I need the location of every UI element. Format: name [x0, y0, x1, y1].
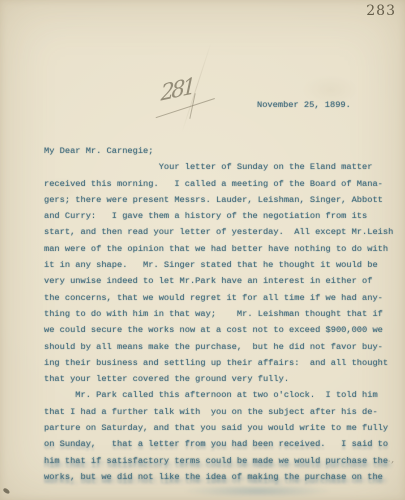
letter-line: should by all means make the purchase, b… [44, 339, 404, 355]
letter-line: works, but we did not like the idea of m… [44, 469, 404, 485]
letter-line: that your letter covered the ground very… [44, 371, 404, 387]
letter-line: we could secure the works now at a cost … [44, 322, 404, 338]
letter-date: November 25, 1899. [257, 100, 351, 110]
letter-line: that I had a further talk with you on th… [44, 404, 404, 420]
letter-line: Your letter of Sunday on the Eland matte… [44, 159, 404, 175]
letter-line: very unwise indeed to let Mr.Park have a… [44, 273, 404, 289]
letter-line: ing their business and settling up their… [44, 355, 404, 371]
handwritten-number: 281 [160, 74, 193, 107]
letter-body-lines: Your letter of Sunday on the Eland matte… [44, 159, 404, 485]
letter-line: the concerns, that we would regret it fo… [44, 290, 404, 306]
paper-speck [2, 487, 10, 494]
letter-line: man were of the opinion that we had bett… [44, 241, 404, 257]
letter-line: him that if satisfactory terms could be … [44, 453, 404, 469]
letter-line: and Curry: I gave them a history of the … [44, 208, 404, 224]
letter-body: My Dear Mr. Carnegie; Your letter of Sun… [44, 143, 404, 485]
letter-line: received this morning. I called a meetin… [44, 176, 404, 192]
letter-line: Mr. Park called this afternoon at two o'… [44, 387, 404, 403]
letter-line: thing to do with him in that way; Mr. Le… [44, 306, 404, 322]
letter-line: on Sunday, that a letter from you had be… [44, 436, 404, 452]
letter-line: parture on Saturday, and that you said y… [44, 420, 404, 436]
letter-line: gers; there were present Messrs. Lauder,… [44, 192, 404, 208]
handwritten-annotation: 281 [148, 67, 226, 127]
scanned-letter-page: 283 281 November 25, 1899. My Dear Mr. C… [0, 0, 405, 500]
ink-smudge [175, 486, 340, 496]
letter-line: start, and then read your letter of yest… [44, 224, 404, 240]
letter-salutation: My Dear Mr. Carnegie; [44, 143, 404, 159]
letter-line: it in any shape. Mr. Singer stated that … [44, 257, 404, 273]
page-number: 283 [366, 3, 396, 19]
